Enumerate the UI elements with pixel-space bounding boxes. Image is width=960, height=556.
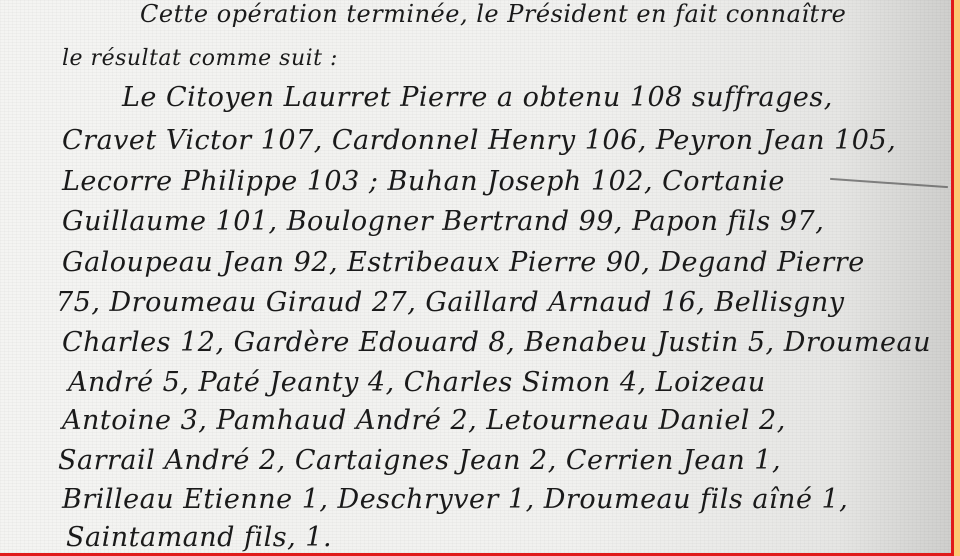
text-line-6: Guillaume 101, Boulogner Bertrand 99, Pa…: [62, 206, 824, 237]
text-line-11: Antoine 3, Pamhaud André 2, Letourneau D…: [62, 405, 786, 436]
text-line-2: le résultat comme suit :: [62, 46, 338, 71]
text-line-1: Cette opération terminée, le Président e…: [140, 0, 846, 28]
manuscript-page: Cette opération terminée, le Président e…: [0, 0, 954, 556]
ink-flourish-line: [830, 178, 948, 188]
text-line-14: Saintamand fils, 1.: [66, 522, 332, 553]
text-line-12: Sarrail André 2, Cartaignes Jean 2, Cerr…: [58, 445, 781, 476]
text-line-7: Galoupeau Jean 92, Estribeaux Pierre 90,…: [62, 247, 865, 278]
text-line-8: 75, Droumeau Giraud 27, Gaillard Arnaud …: [56, 287, 844, 318]
text-line-4: Cravet Victor 107, Cardonnel Henry 106, …: [62, 125, 896, 156]
text-line-10: André 5, Paté Jeanty 4, Charles Simon 4,…: [68, 367, 766, 398]
text-line-3: Le Citoyen Laurret Pierre a obtenu 108 s…: [122, 82, 833, 113]
text-line-9: Charles 12, Gardère Edouard 8, Benabeu J…: [62, 327, 931, 358]
text-line-13: Brilleau Etienne 1, Deschryver 1, Droume…: [62, 484, 848, 515]
text-line-5: Lecorre Philippe 103 ; Buhan Joseph 102,…: [62, 166, 785, 197]
